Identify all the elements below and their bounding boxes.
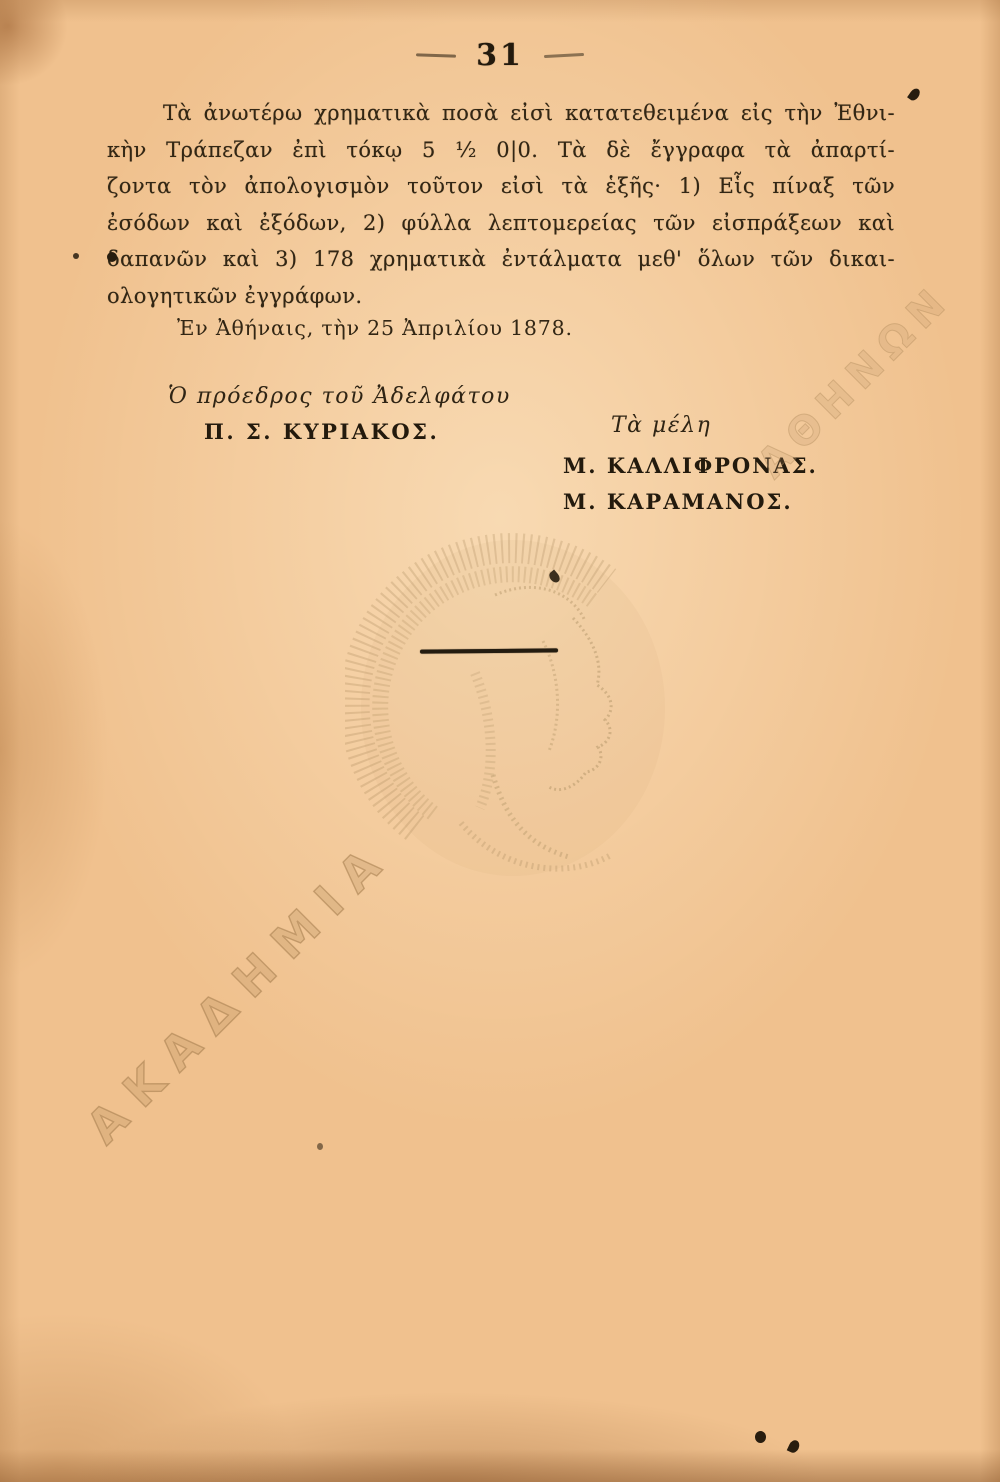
athena-head-stamp-watermark [345,523,685,893]
body-paragraph: Τὰ ἀνωτέρω χρηματικὰ ποσὰ εἰσὶ κατατεθει… [107,95,895,314]
ink-spot [107,252,117,262]
ink-spot [907,87,922,103]
ink-spot [317,1143,323,1150]
scanned-document-page: 31 Τὰ ἀνωτέρω χρηματικὰ ποσὰ εἰσὶ κατατε… [0,0,1000,1482]
paragraph-line: ολογητικῶν ἐγγράφων. [107,278,895,315]
ink-spot [755,1431,766,1443]
signature-member-name: Μ. ΚΑΛΛΙΦΡΟΝΑΣ. [563,453,818,478]
paragraph-line: δαπανῶν καὶ 3) 178 χρηματικὰ ἐντάλματα μ… [107,241,895,278]
page-number-dash-left [416,53,456,57]
page-number-dash-right [544,53,584,58]
paragraph-line: ζοντα τὸν ἀπολογισμὸν τοῦτον εἰσὶ τὰ ἑξῆ… [107,168,895,205]
signature-president-role: Ὁ πρόεδρος τοῦ Ἀδελφάτου [168,384,511,409]
paragraph-line: ἐσόδων καὶ ἐξόδων, 2) φύλλα λεπτομερείας… [107,205,895,242]
page-number: 31 [476,38,524,73]
page-number-row: 31 [0,38,1000,73]
signature-member-name: Μ. ΚΑΡΑΜΑΝΟΣ. [563,489,793,514]
ink-spot [787,1438,802,1454]
ink-spot [73,253,79,259]
paragraph-line: κὴν Τράπεζαν ἐπὶ τόκῳ 5 ¹⁄₂ 0|0. Τὰ δὲ ἔ… [107,132,895,169]
paragraph-line: Τὰ ἀνωτέρω χρηματικὰ ποσὰ εἰσὶ κατατεθει… [107,95,895,132]
signature-president-name: Π. Σ. ΚΥΡΙΑΚΟΣ. [204,419,439,444]
dateline: Ἐν Ἀθήναις, τὴν 25 Ἀπριλίου 1878. [177,316,573,340]
signature-members-role: Τὰ μέλη [611,413,711,438]
